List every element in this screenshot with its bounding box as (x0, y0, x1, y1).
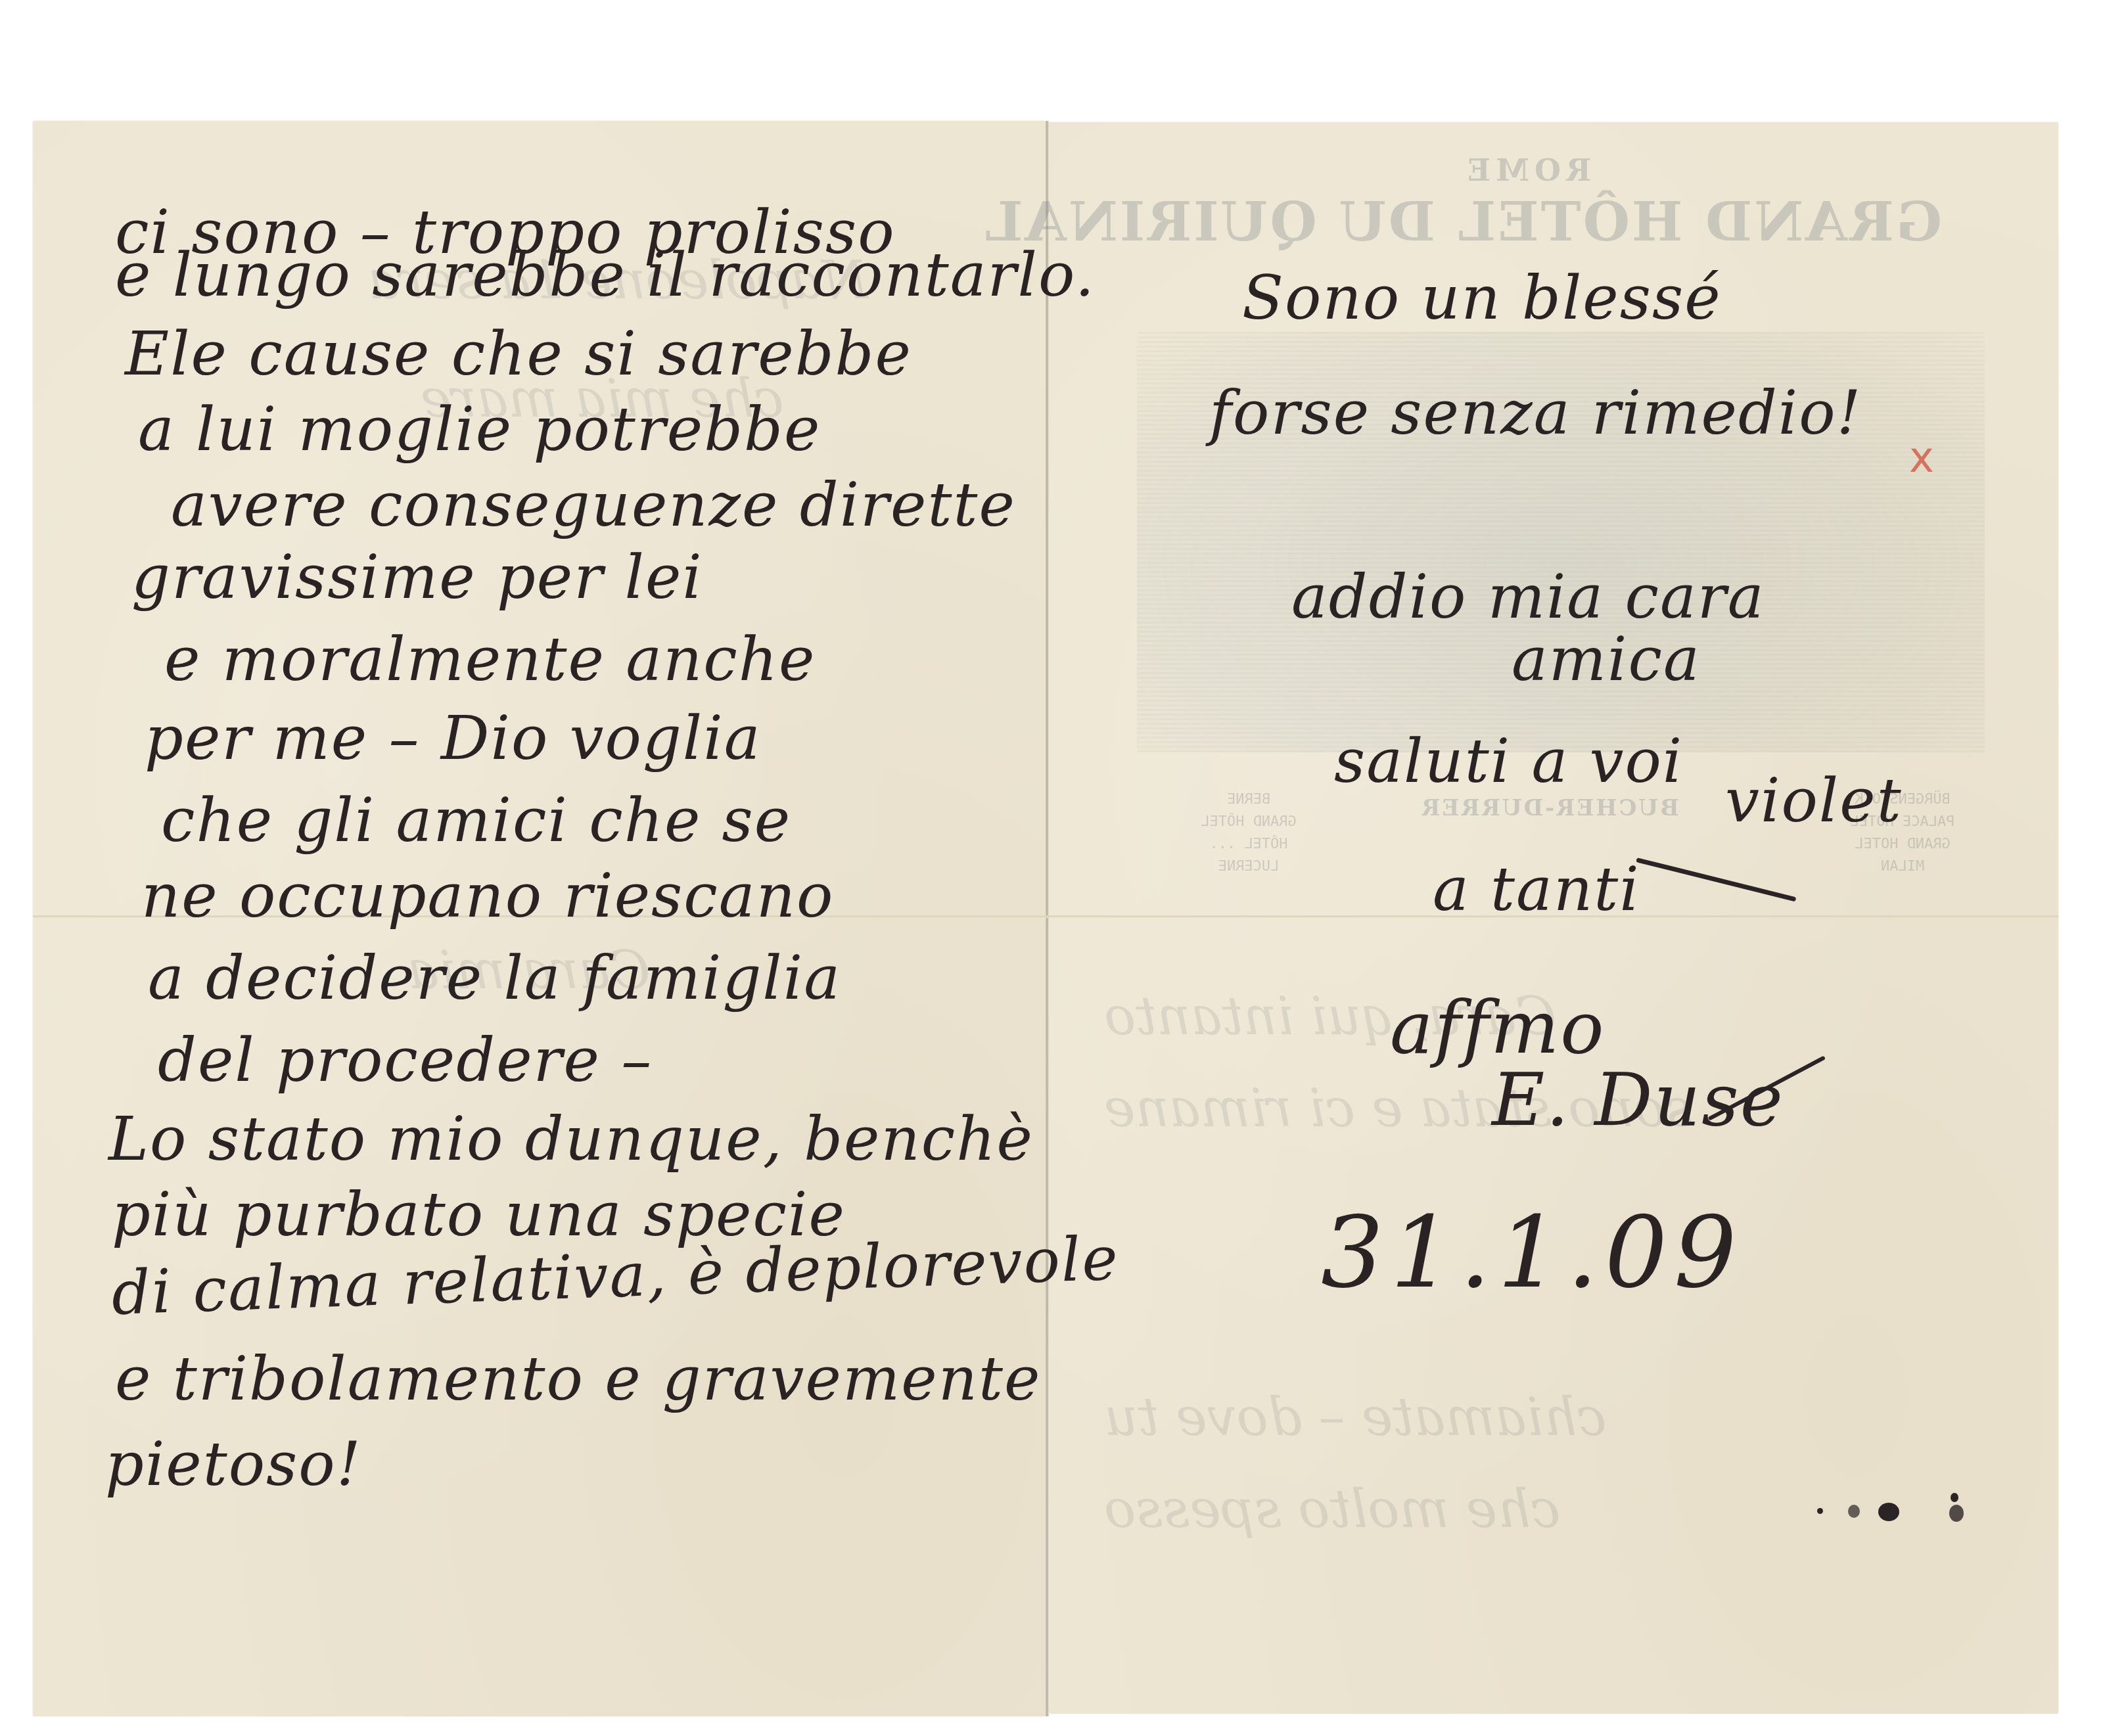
ink-blot (1878, 1503, 1899, 1521)
letterhead-hotels-left: BERNE GRAND HÔTEL HÔTEL ... LUCERNE (1117, 788, 1380, 878)
letter-line: pietoso! (105, 1429, 362, 1499)
letter-line: ne occupano riescano (141, 861, 834, 931)
signature-line: affmo (1390, 986, 1606, 1070)
ink-blot (1949, 1505, 1964, 1522)
letterhead-city: ROME (1462, 152, 1591, 188)
letter-line: gravissime per lei (131, 542, 703, 612)
letter-line: e lungo sarebbe il raccontarlo. (115, 240, 1096, 310)
letter-line: a decidere la famiglia (148, 943, 841, 1013)
letter-line: saluti a voi (1334, 726, 1683, 796)
ink-blot (1817, 1508, 1823, 1514)
letter-line: Lo stato mio dunque, benchè (108, 1104, 1034, 1174)
letter-line: e moralmente anche (164, 624, 816, 695)
ink-blot (1951, 1493, 1958, 1502)
letter-line: Ele cause che si sarebbe (125, 319, 912, 389)
letterhead-hotel: GRAND HÔTEL DU QUIRINAL (1140, 191, 1942, 254)
ink-blot (1848, 1505, 1860, 1518)
letter-line: forse senza rimedio! (1209, 378, 1862, 448)
letter-line: a lui moglie potrebbe (138, 394, 821, 465)
letter-line: Sono un blessé (1242, 263, 1722, 333)
letter-line: del procedere – (158, 1025, 653, 1095)
center-fold (1046, 121, 1049, 1716)
letter-line: che gli amici che se (161, 785, 791, 856)
show-through-text: chiamate – dove tu (1104, 1386, 1607, 1448)
letter-line: per me – Dio voglia (145, 703, 762, 773)
letter-line: a tanti (1433, 854, 1640, 925)
letter-line: violet (1725, 765, 1903, 836)
show-through-text: che molto spesso (1104, 1478, 1560, 1540)
letter-date: 31.1.09 (1321, 1196, 1744, 1310)
letterhead-proprietor: BUCHER-DURRER (1443, 795, 1679, 821)
letter-line: addio mia cara (1291, 562, 1765, 632)
annotation-mark: x (1909, 434, 1934, 482)
letter-line: amica (1512, 624, 1701, 695)
letter-line: e tribolamento e gravemente (115, 1344, 1041, 1414)
letter-line: avere conseguenze dirette (171, 470, 1016, 540)
